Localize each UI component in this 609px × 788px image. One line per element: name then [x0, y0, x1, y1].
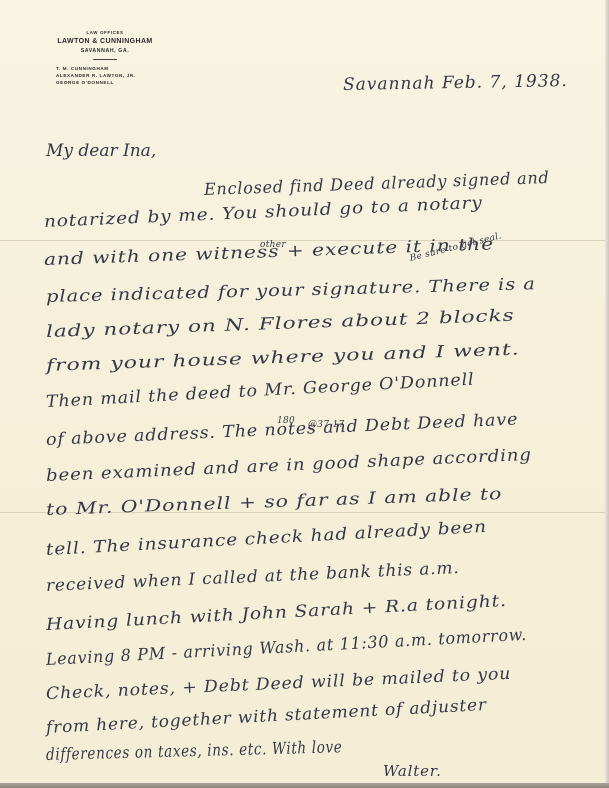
dateline: Savannah Feb. 7, 1938.: [343, 71, 568, 95]
partner-name: GEORGE O'DONNELL: [56, 79, 170, 86]
letterhead-divider: [93, 59, 117, 60]
page-edge: [605, 0, 609, 788]
page-bottom-edge: [0, 783, 609, 788]
partner-name: ALEXANDER R. LAWTON, JR.: [56, 72, 170, 79]
firm-city: SAVANNAH, GA.: [40, 48, 170, 54]
firm-name: LAWTON & CUNNINGHAM: [40, 38, 170, 45]
letterhead: LAW OFFICES LAWTON & CUNNINGHAM SAVANNAH…: [40, 30, 170, 86]
salutation: My dear Ina,: [46, 141, 156, 161]
letterhead-label: LAW OFFICES: [40, 30, 170, 35]
partner-name: T. M. CUNNINGHAM: [56, 65, 170, 72]
partner-list: T. M. CUNNINGHAM ALEXANDER R. LAWTON, JR…: [40, 65, 170, 86]
signature: Walter.: [383, 762, 442, 780]
